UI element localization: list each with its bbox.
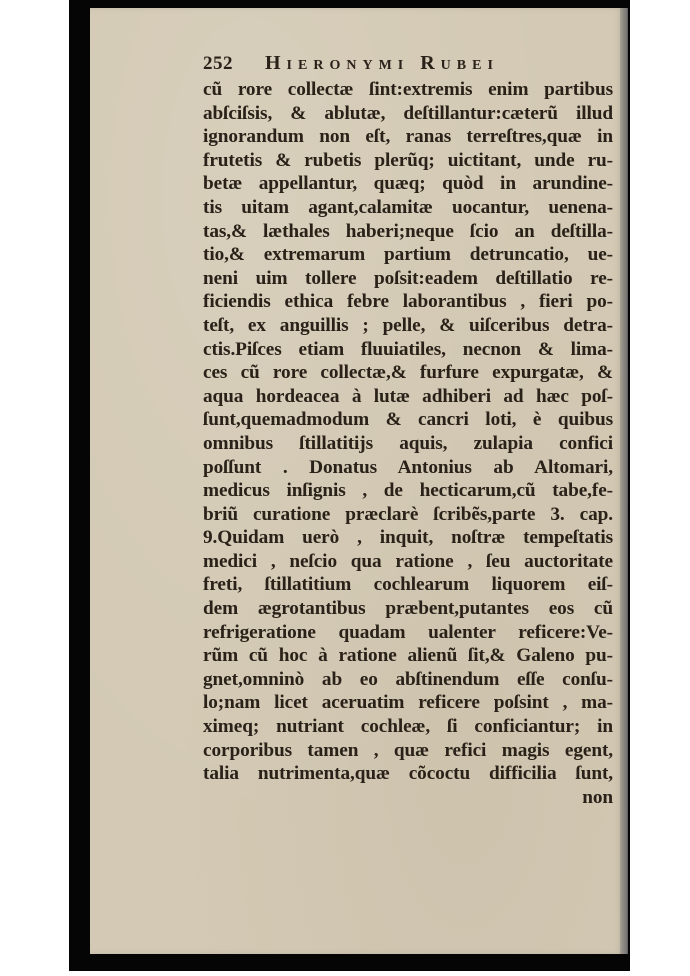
catchword: non <box>203 786 613 810</box>
text-line: dem ægrotantibus præbent,putantes eos cũ <box>203 597 613 621</box>
text-line: 9.Quidam uerò , inquit, noſtræ tempeſtat… <box>203 526 613 550</box>
text-line: ſunt,quemadmodum & cancri loti, è quibus <box>203 408 613 432</box>
text-line: refrigeratione quadam ualenter reficere:… <box>203 621 613 645</box>
text-line: talia nutrimenta,quæ cõcoctu difficilia … <box>203 762 613 786</box>
text-line: cũ rore collectæ ſint:extremis enim part… <box>203 78 613 102</box>
text-line: omnibus ſtillatitijs aquis, zulapia conf… <box>203 432 613 456</box>
text-line: ctis.Piſces etiam fluuiatiles, necnon & … <box>203 338 613 362</box>
text-line: medicus inſignis , de hecticarum,cũ tabe… <box>203 479 613 503</box>
text-line: tio,& extremarum partium detruncatio, ue… <box>203 243 613 267</box>
text-line: rũm cũ hoc à ratione alienũ ſit,& Galeno… <box>203 644 613 668</box>
text-line: tis uitam agant,calamitæ uocantur, uenen… <box>203 196 613 220</box>
text-line: briũ curatione præclarè ſcribẽs,parte 3.… <box>203 503 613 527</box>
page-gutter-shadow <box>620 8 628 954</box>
text-line: frutetis & rubetis plerũq; uictitant, un… <box>203 149 613 173</box>
text-line: ficiendis ethica febre laborantibus , fi… <box>203 290 613 314</box>
text-line: lo;nam licet aceruatim reficere poſsint … <box>203 691 613 715</box>
text-line: tas,& læthales haberi;neque ſcio an deſt… <box>203 220 613 244</box>
text-line: gnet,omninò ab eo abſtinendum eſſe conſu… <box>203 668 613 692</box>
text-line: medici , neſcio qua ratione , ſeu auctor… <box>203 550 613 574</box>
text-line: freti, ſtillatitium cochlearum liquorem … <box>203 573 613 597</box>
text-line: teſt, ex anguillis ; pelle, & uiſceribus… <box>203 314 613 338</box>
text-line: abſciſsis, & ablutæ, deſtillantur:cæterũ… <box>203 102 613 126</box>
text-line: ximeq; nutriant cochleæ, ſi conficiantur… <box>203 715 613 739</box>
text-line: ignorandum non eſt, ranas terreſtres,quæ… <box>203 125 613 149</box>
text-line: corporibus tamen , quæ refici magis egen… <box>203 739 613 763</box>
text-line: ces cũ rore collectæ,& furfure expurgatæ… <box>203 361 613 385</box>
running-head: 252 Hieronymi Rubei <box>203 52 613 78</box>
text-line: aqua hordeacea à lutæ adhiberi ad hæc po… <box>203 385 613 409</box>
text-line: poſſunt . Donatus Antonius ab Altomari, <box>203 456 613 480</box>
page-text-block: 252 Hieronymi Rubei cũ rore collectæ ſin… <box>203 52 613 809</box>
running-title: Hieronymi Rubei <box>265 52 499 75</box>
text-line: betæ appellantur, quæq; quòd in arundine… <box>203 172 613 196</box>
text-line: neni uim tollere poſsit:eadem deſtillati… <box>203 267 613 291</box>
page-number: 252 <box>203 53 265 75</box>
